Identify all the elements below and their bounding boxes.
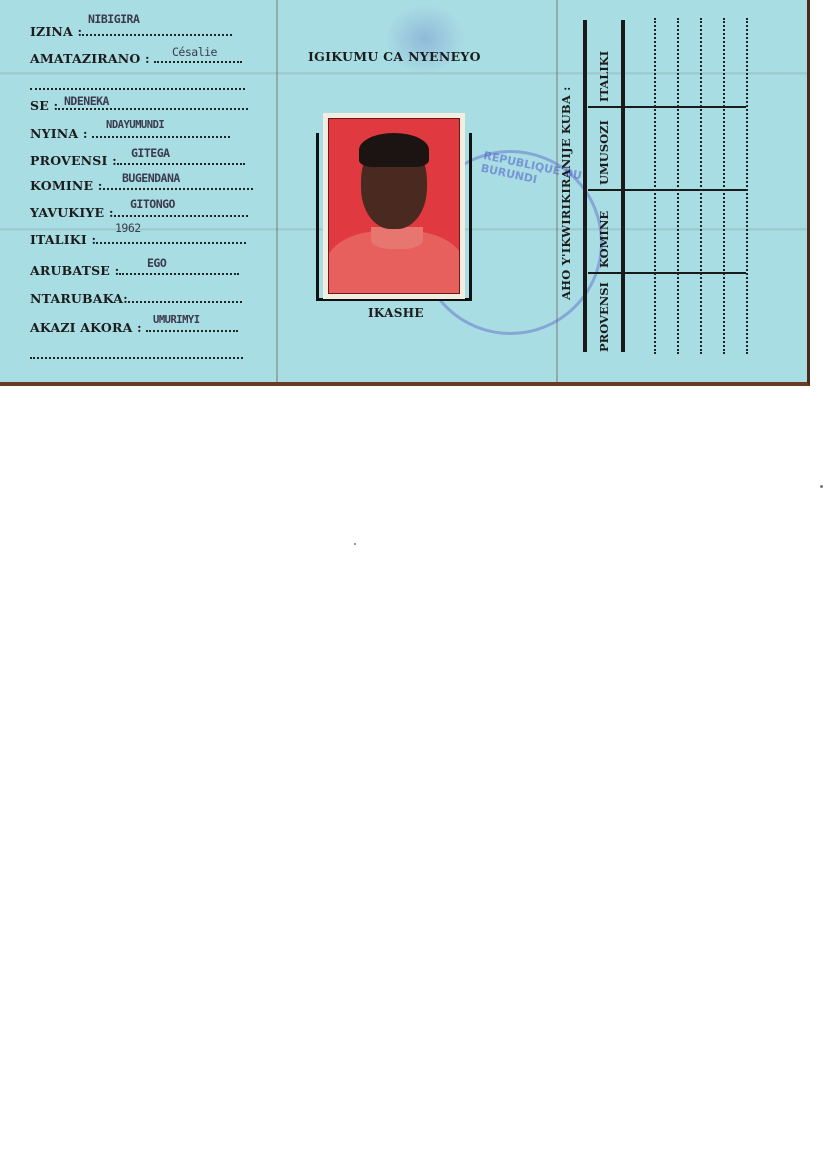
column-header-italiki: ITALIKI: [597, 51, 611, 102]
column-header-provensi: PROVENSI: [597, 282, 611, 352]
thumbprint-heading: IGIKUMU CA NYENEYO: [308, 49, 481, 64]
photo-caption: IKASHE: [368, 306, 424, 320]
table-border-header: [621, 20, 625, 352]
value-arubatse: EGO: [147, 256, 166, 270]
table-dotted-row: [723, 18, 725, 354]
identity-card: IZINA : NIBIGIRA AMATAZIRANO : Césalie S…: [0, 0, 810, 386]
field-se: SE :: [30, 98, 248, 113]
value-komine: BUGENDANA: [122, 171, 180, 185]
table-border-left: [583, 20, 587, 352]
column-header-komine: KOMINE: [597, 211, 611, 268]
value-izina: NIBIGIRA: [88, 12, 139, 26]
table-dotted-row: [677, 18, 679, 354]
card-fold-line: [276, 0, 278, 382]
table-dotted-row: [654, 18, 656, 354]
value-amatazirano: Césalie: [172, 45, 217, 59]
scan-speck: [820, 485, 823, 488]
field-continuation-line: [30, 347, 243, 362]
residence-table-title: AHO Y'IKWIRIKIRANIJE KUBA :: [559, 86, 573, 300]
column-header-umusozi: UMUSOZI: [597, 120, 611, 185]
value-se: NDENEKA: [64, 94, 109, 108]
photo-hair: [359, 133, 429, 167]
field-izina: IZINA :: [30, 24, 232, 39]
table-dotted-row: [746, 18, 748, 354]
value-akazi-akora: UMURIMYI: [153, 314, 200, 326]
value-nyina: NDAYUMUNDI: [106, 119, 164, 131]
field-arubatse: ARUBATSE :: [30, 263, 239, 278]
value-provensi: GITEGA: [131, 146, 170, 160]
scan-speck: [354, 543, 356, 545]
photo-collar: [371, 227, 423, 249]
field-continuation-line: [30, 78, 245, 93]
field-akazi-akora: AKAZI AKORA :: [30, 320, 238, 335]
holder-photo: [323, 113, 465, 299]
photo-background: [328, 118, 460, 294]
value-italiki: 1962: [115, 221, 141, 235]
value-yavukiye: GITONGO: [130, 197, 175, 211]
table-dotted-row: [700, 18, 702, 354]
field-ntarubaka: NTARUBAKA:: [30, 291, 242, 306]
